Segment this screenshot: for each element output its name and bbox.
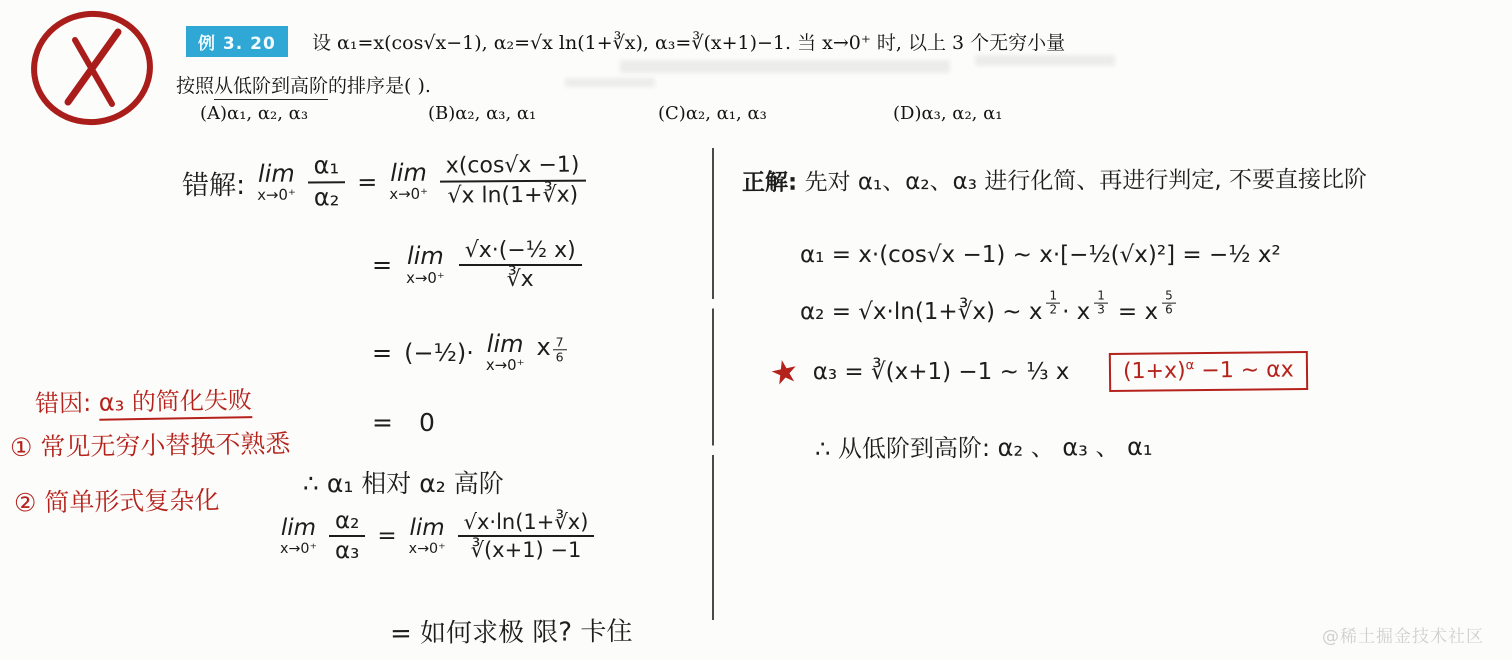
- statement-line2-post: 的排序是( ).: [328, 75, 431, 97]
- lim-sub: x→0⁺: [406, 271, 445, 287]
- limit-operator: lim x→0⁺: [257, 161, 296, 203]
- correct-solution-label: 正解:: [742, 170, 797, 196]
- equals-sign: =: [372, 251, 392, 279]
- exp-denominator: 6: [553, 350, 567, 364]
- equals-sign: =: [372, 408, 393, 437]
- box-exponent: α: [1186, 358, 1195, 373]
- limit-operator: lim x→0⁺: [389, 160, 428, 202]
- error-note-item-1: ① 常见无穷小替换不熟悉: [10, 424, 291, 464]
- option-b: (B)α₂, α₃, α₁: [428, 103, 536, 124]
- limit-operator: lim x→0⁺: [406, 244, 445, 286]
- star-icon: ★: [766, 350, 802, 393]
- alpha1-simplification: α₁ = x·(cos√x −1) ∼ x·[−½(√x)²] = −½ x²: [800, 242, 1281, 268]
- alpha2-equals: = x: [1118, 299, 1158, 325]
- wrong-solution-line2: = lim x→0⁺ √x·(−½ x) ∛x: [372, 238, 582, 293]
- expression-fraction: x(cos√x −1) √x ln(1+∛x): [440, 153, 586, 209]
- limit-operator: lim x→0⁺: [486, 332, 525, 374]
- wrong-solution-label: 错解:: [182, 163, 245, 202]
- fraction-denominator: α₂: [308, 183, 346, 212]
- lim-sub: x→0⁺: [409, 542, 446, 557]
- option-c: (C)α₂, α₁, α₃: [658, 103, 767, 124]
- fraction-denominator: ∛(x+1) −1: [465, 537, 588, 562]
- watermark: @稀土掘金技术社区: [1322, 622, 1484, 647]
- example-number-tag: 例 3. 20: [186, 26, 288, 57]
- fraction-denominator: √x ln(1+∛x): [441, 181, 584, 208]
- error-cause-title: 错因: α₃ 的简化失败: [35, 380, 252, 419]
- result-value: 0: [419, 408, 435, 437]
- alpha3-formula: α₃ = ∛(x+1) −1 ∼ ⅓ x: [813, 359, 1070, 385]
- power-base: x: [536, 333, 550, 361]
- equals-sign: =: [357, 168, 377, 196]
- stuck-note: = 如何求极 限? 卡住: [390, 611, 633, 650]
- statement-line2-pre: 按照: [176, 75, 214, 97]
- final-conclusion: ∴ 从低阶到高阶: α₂ 、 α₃ 、 α₁: [815, 427, 1153, 464]
- exp-numerator: 1: [1046, 290, 1060, 304]
- textbook-photo-page: { "colors": { "ink_black": "#1d1d1d", "h…: [0, 0, 1512, 660]
- exp-denominator: 3: [1094, 304, 1108, 317]
- exp-numerator: 7: [553, 335, 567, 350]
- exp-numerator: 5: [1162, 290, 1176, 304]
- option-a: (A)α₁, α₂, α₃: [200, 103, 308, 124]
- lim-sub: x→0⁺: [280, 542, 317, 557]
- alpha2-exp-third: 13: [1094, 290, 1108, 317]
- limit-operator: lim x→0⁺: [280, 516, 317, 556]
- lim-sub: x→0⁺: [486, 358, 525, 374]
- expression-fraction: √x·(−½ x) ∛x: [459, 238, 582, 293]
- limit-operator: lim x→0⁺: [409, 516, 446, 556]
- print-bleedthrough: [975, 55, 1115, 66]
- lim-sub: x→0⁺: [257, 187, 296, 203]
- fraction-numerator: √x·ln(1+∛x): [458, 510, 595, 537]
- print-bleedthrough: [565, 78, 655, 87]
- exp-denominator: 6: [1162, 304, 1176, 317]
- correct-solution-intro: 正解: 先对 α₁、α₂、α₃ 进行化简、再进行判定, 不要直接比阶: [742, 160, 1512, 197]
- fraction-numerator: x(cos√x −1): [440, 153, 586, 182]
- problem-statement-line2: 按照从低阶到高阶的排序是( ).: [176, 71, 431, 98]
- print-bleedthrough: [620, 60, 950, 73]
- fraction-denominator: α₃: [329, 537, 365, 564]
- alpha-ratio-fraction: α₁ α₂: [307, 152, 345, 211]
- wrong-solution-line3: = (−½)· lim x→0⁺ x76: [372, 332, 567, 374]
- wrong-solution-line4: = 0: [372, 408, 435, 437]
- exp-denominator: 2: [1046, 304, 1060, 317]
- boxed-formula-note: (1+x)α −1 ∼ αx: [1109, 351, 1308, 392]
- fraction-denominator: ∛x: [501, 266, 540, 292]
- error-note-item-2: ② 简单形式复杂化: [14, 481, 220, 520]
- wrong-solution-line1: 错解: lim x→0⁺ α₁ α₂ = lim x→0⁺ x(cos√x −1…: [182, 151, 586, 213]
- fraction-numerator: α₁: [307, 152, 345, 183]
- equals-sign: =: [377, 523, 396, 549]
- statement-underlined-phrase: 从低阶到高阶: [214, 75, 328, 100]
- handwritten-divider-line: [712, 148, 714, 620]
- alpha2-pre: α₂ = √x·ln(1+∛x) ∼ x: [800, 299, 1042, 325]
- exp-numerator: 1: [1094, 290, 1108, 304]
- fraction-numerator: √x·(−½ x): [459, 238, 582, 266]
- box-pre: (1+x): [1123, 359, 1186, 385]
- alpha-ratio-fraction: α₂ α₃: [329, 508, 365, 565]
- coefficient: (−½)·: [404, 339, 474, 367]
- alpha2-mid: · x: [1062, 299, 1090, 325]
- alpha3-simplification-line: ★ α₃ = ∛(x+1) −1 ∼ ⅓ x (1+x)α −1 ∼ αx: [770, 352, 1308, 391]
- error-cause-label: 错因:: [35, 389, 92, 418]
- error-cause-underlined: α₃ 的简化失败: [99, 386, 253, 421]
- correct-solution-intro-text: 先对 α₁、α₂、α₃ 进行化简、再进行判定, 不要直接比阶: [804, 167, 1367, 196]
- middle-limit-line: lim x→0⁺ α₂ α₃ = lim x→0⁺ √x·ln(1+∛x) ∛(…: [280, 508, 594, 565]
- box-post: −1 ∼ αx: [1202, 357, 1295, 383]
- problem-statement-line1: 设 α₁=x(cos√x−1), α₂=√x ln(1+∛x), α₃=∛(x+…: [312, 28, 1065, 55]
- lim-op: lim: [410, 516, 445, 540]
- lim-op: lim: [407, 244, 444, 269]
- wrong-mark-icon: [20, 6, 168, 130]
- equals-sign: =: [372, 339, 392, 367]
- middle-conclusion: ∴ α₁ 相对 α₂ 高阶: [303, 464, 504, 500]
- power-exponent-fraction: 76: [553, 335, 567, 363]
- expression-fraction: √x·ln(1+∛x) ∛(x+1) −1: [458, 510, 595, 562]
- lim-op: lim: [281, 516, 316, 540]
- power-term: x76: [536, 333, 566, 372]
- alpha2-exp-half: 12: [1046, 290, 1060, 317]
- alpha2-exp-five-sixth: 56: [1162, 290, 1176, 317]
- alpha2-simplification: α₂ = √x·ln(1+∛x) ∼ x12· x13= x56: [800, 298, 1176, 325]
- lim-op: lim: [390, 160, 427, 185]
- lim-op: lim: [258, 161, 295, 186]
- lim-op: lim: [487, 332, 524, 357]
- fraction-numerator: α₂: [329, 508, 365, 537]
- lim-sub: x→0⁺: [389, 187, 428, 203]
- option-d: (D)α₃, α₂, α₁: [893, 103, 1002, 124]
